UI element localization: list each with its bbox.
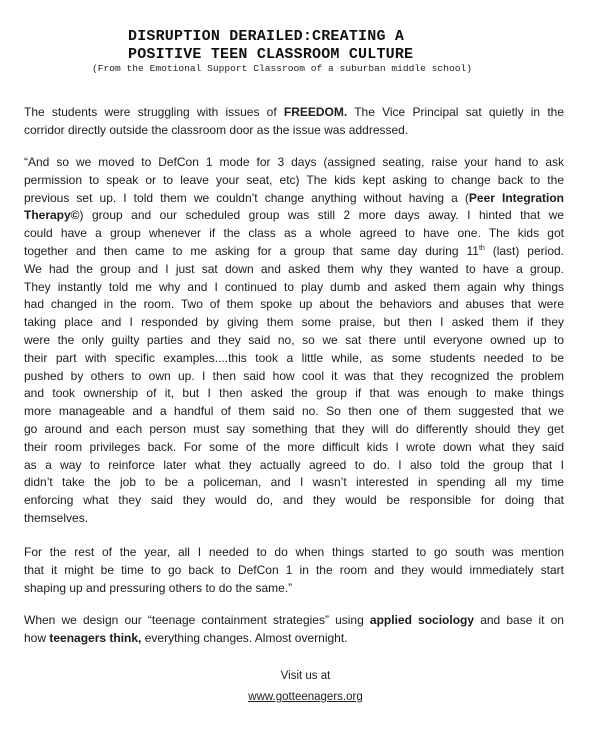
bold-text: Peer Integration <box>469 191 564 205</box>
text-segment: enforcing what they said they would do, … <box>24 493 564 507</box>
text-line: They instantly told me why and I continu… <box>24 279 564 297</box>
text-line: corridor directly outside the classroom … <box>24 122 564 140</box>
bold-text: applied sociology <box>370 613 474 627</box>
text-segment: more manageable and a handful of them sa… <box>24 404 564 418</box>
paragraph-conclusion: When we design our “teenage containment … <box>24 612 564 648</box>
text-segment: “And so we moved to DefCon 1 mode for 3 … <box>24 155 564 169</box>
text-line: go around and each person must say somet… <box>24 421 564 439</box>
text-segment: (last) period. <box>485 244 564 258</box>
text-segment: everything changes. Almost overnight. <box>141 631 347 645</box>
text-line: were the only guilty parties and they sa… <box>24 332 564 350</box>
paragraph-intro: The students were struggling with issues… <box>24 104 564 140</box>
text-segment: and base it on <box>474 613 564 627</box>
text-line: themselves. <box>24 510 564 528</box>
text-segment: ) group and our scheduled group was stil… <box>80 208 564 222</box>
text-segment: permission to speak or to leave your sea… <box>24 173 564 187</box>
text-line: and took ownership of it, but I then ask… <box>24 385 564 403</box>
text-line: The students were struggling with issues… <box>24 104 564 122</box>
document-page: DISRUPTION DERAILED:CREATING A POSITIVE … <box>0 0 611 749</box>
text-line: enforcing what they said they would do, … <box>24 492 564 510</box>
text-segment: their room privileges back. For some of … <box>24 440 564 454</box>
text-line: that it might be time to go back to DefC… <box>24 562 564 580</box>
website-link[interactable]: www.gotteenagers.org <box>248 691 362 703</box>
text-segment: taking place and I responded by giving t… <box>24 315 564 329</box>
visit-label: Visit us at <box>0 670 611 682</box>
bold-text: FREEDOM. <box>284 105 347 119</box>
paragraph-outcome: For the rest of the year, all I needed t… <box>24 544 564 597</box>
text-line: could have a group whenever if the class… <box>24 225 564 243</box>
text-segment: were the only guilty parties and they sa… <box>24 333 564 347</box>
text-line: together and then came to me asking for … <box>24 243 564 261</box>
text-segment: and took ownership of it, but I then ask… <box>24 386 564 400</box>
text-line: shaping up and pressuring others to do t… <box>24 580 564 598</box>
text-segment: that it might be time to go back to DefC… <box>24 563 564 577</box>
text-segment: pushed by others to own up. I then said … <box>24 369 564 383</box>
text-segment: They instantly told me why and I continu… <box>24 280 564 294</box>
text-line: their room privileges back. For some of … <box>24 439 564 457</box>
document-title-line-1: DISRUPTION DERAILED:CREATING A <box>128 28 548 45</box>
text-segment: together and then came to me asking for … <box>24 244 479 258</box>
text-segment: The students were struggling with issues… <box>24 105 284 119</box>
text-line: taking place and I responded by giving t… <box>24 314 564 332</box>
document-subtitle: (From the Emotional Support Classroom of… <box>92 63 472 74</box>
paragraph-quote: “And so we moved to DefCon 1 mode for 3 … <box>24 154 564 528</box>
text-line: as a way to reinforce later what they ac… <box>24 457 564 475</box>
text-segment: When we design our “teenage containment … <box>24 613 370 627</box>
text-segment: The Vice Principal sat quietly in the <box>347 105 564 119</box>
text-line: permission to speak or to leave your sea… <box>24 172 564 190</box>
text-segment: shaping up and pressuring others to do t… <box>24 581 292 595</box>
bold-text: Therapy© <box>24 208 80 222</box>
text-line: more manageable and a handful of them sa… <box>24 403 564 421</box>
text-line: previous set up. I told them we couldn’t… <box>24 190 564 208</box>
text-line: didn’t take the job to be a policeman, a… <box>24 474 564 492</box>
text-line: “And so we moved to DefCon 1 mode for 3 … <box>24 154 564 172</box>
bold-text: teenagers think, <box>49 631 141 645</box>
text-line: pushed by others to own up. I then said … <box>24 368 564 386</box>
text-segment: could have a group whenever if the class… <box>24 226 564 240</box>
text-line: When we design our “teenage containment … <box>24 612 564 630</box>
text-segment: how <box>24 631 49 645</box>
text-segment: previous set up. I told them we couldn’t… <box>24 191 469 205</box>
text-line: We had the group and I just sat down and… <box>24 261 564 279</box>
document-title-line-2: POSITIVE TEEN CLASSROOM CULTURE <box>128 46 548 63</box>
text-segment: go around and each person must say somet… <box>24 422 564 436</box>
website-link-container: www.gotteenagers.org <box>0 691 611 703</box>
text-segment: their part with specific examples....thi… <box>24 351 564 365</box>
text-line: how teenagers think, everything changes.… <box>24 630 564 648</box>
text-line: their part with specific examples....thi… <box>24 350 564 368</box>
text-segment: corridor directly outside the classroom … <box>24 123 408 137</box>
text-line: had changed in the room. Two of them spo… <box>24 296 564 314</box>
text-segment: themselves. <box>24 511 88 525</box>
text-segment: We had the group and I just sat down and… <box>24 262 564 276</box>
text-segment: as a way to reinforce later what they ac… <box>24 458 564 472</box>
text-segment: had changed in the room. Two of them spo… <box>24 297 564 311</box>
text-segment: didn’t take the job to be a policeman, a… <box>24 475 564 489</box>
text-line: Therapy©) group and our scheduled group … <box>24 207 564 225</box>
text-segment: For the rest of the year, all I needed t… <box>24 545 564 559</box>
text-line: For the rest of the year, all I needed t… <box>24 544 564 562</box>
